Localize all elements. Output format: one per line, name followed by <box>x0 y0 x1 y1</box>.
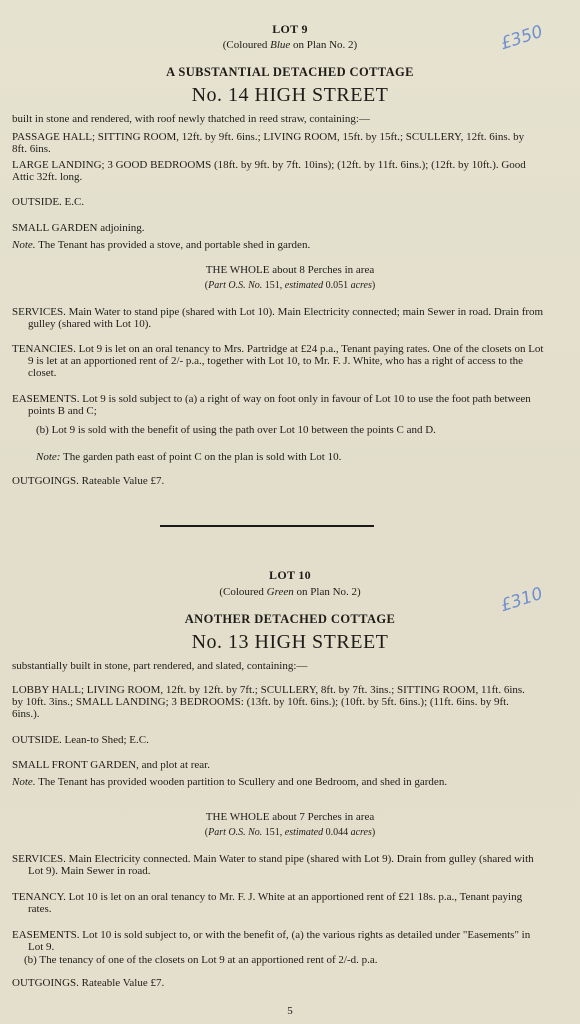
lot-10-easements-b: (b) The tenancy of one of the closets on… <box>24 954 532 966</box>
lot-9-easements-a: EASEMENTS. Lot 9 is sold subject to (a) … <box>12 393 548 417</box>
lot-9-address: No. 14 HIGH STREET <box>0 84 580 107</box>
lot-9-garden: SMALL GARDEN adjoining. <box>12 222 532 234</box>
lot-10-area: THE WHOLE about 7 Perches in area <box>0 811 580 823</box>
lot-9-rooms-first: LARGE LANDING; 3 GOOD BEDROOMS (18ft. by… <box>12 159 532 183</box>
lot-10-rooms: LOBBY HALL; LIVING ROOM, 12ft. by 12ft. … <box>12 684 532 720</box>
lot-10-note: Note. The Tenant has provided wooden par… <box>12 776 548 788</box>
lot-10-intro: substantially built in stone, part rende… <box>12 660 532 672</box>
lot-10-area-detail: (Part O.S. No. 151, estimated 0.044 acre… <box>0 827 580 838</box>
lot-10-title: LOT 10 <box>0 568 580 583</box>
lot-10-garden: SMALL FRONT GARDEN, and plot at rear. <box>12 759 532 771</box>
lot-9-rooms-ground: PASSAGE HALL; SITTING ROOM, 12ft. by 9ft… <box>12 131 532 155</box>
page-number: 5 <box>0 1005 580 1017</box>
lot-9-heading: A SUBSTANTIAL DETACHED COTTAGE <box>0 65 580 80</box>
lot-9-tenancies: TENANCIES. Lot 9 is let on an oral tenan… <box>12 343 548 379</box>
lot-9-easements-note: Note: The garden path east of point C on… <box>36 451 532 463</box>
lot-9-title: LOT 9 <box>0 22 580 37</box>
lot-10-outside: OUTSIDE. Lean-to Shed; E.C. <box>12 734 532 746</box>
lot-10-services: SERVICES. Main Electricity connected. Ma… <box>12 853 548 877</box>
lot-9-services: SERVICES. Main Water to stand pipe (shar… <box>12 306 548 330</box>
lot-9-intro: built in stone and rendered, with roof n… <box>12 113 532 125</box>
lot-9-outside: OUTSIDE. E.C. <box>12 196 532 208</box>
lot-9-outgoings: OUTGOINGS. Rateable Value £7. <box>12 475 532 487</box>
lot-10-easements-a: EASEMENTS. Lot 10 is sold subject to, or… <box>12 929 548 953</box>
lot-10-heading: ANOTHER DETACHED COTTAGE <box>0 612 580 627</box>
document-page: LOT 9 (Coloured Blue on Plan No. 2) £350… <box>0 0 580 1024</box>
section-divider <box>160 525 374 527</box>
lot-9-colour-note: (Coloured Blue on Plan No. 2) <box>0 39 580 51</box>
lot-10-colour-note: (Coloured Green on Plan No. 2) <box>0 586 580 598</box>
lot-10-outgoings: OUTGOINGS. Rateable Value £7. <box>12 977 532 989</box>
lot-10-address: No. 13 HIGH STREET <box>0 631 580 654</box>
lot-9-area: THE WHOLE about 8 Perches in area <box>0 264 580 276</box>
lot-9-area-detail: (Part O.S. No. 151, estimated 0.051 acre… <box>0 280 580 291</box>
lot-9-note: Note. The Tenant has provided a stove, a… <box>12 239 532 251</box>
lot-10-tenancy: TENANCY. Lot 10 is let on an oral tenanc… <box>12 891 548 915</box>
lot-9-easements-b: (b) Lot 9 is sold with the benefit of us… <box>36 424 532 436</box>
